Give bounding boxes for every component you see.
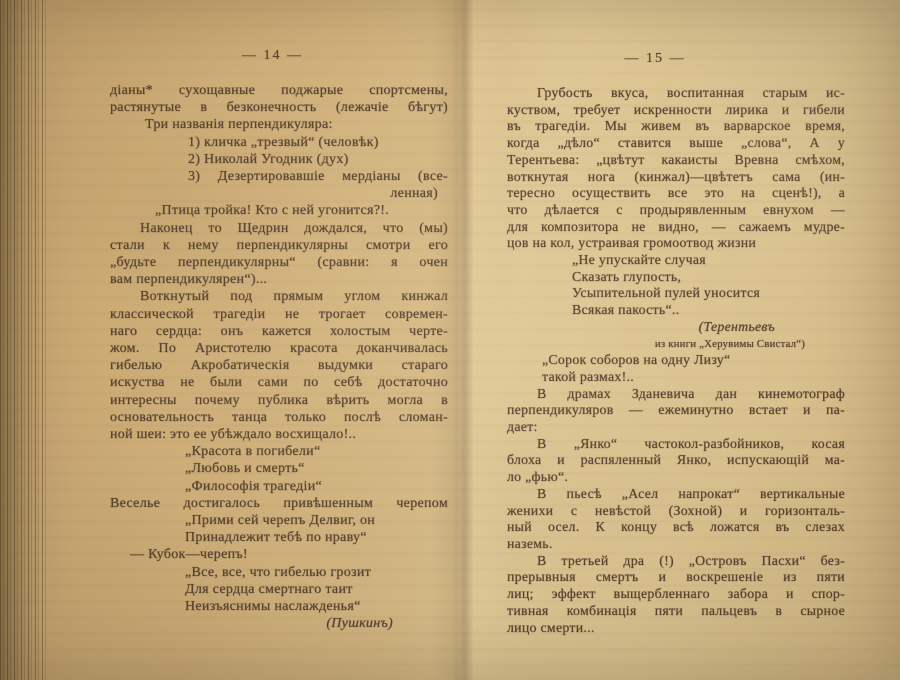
text-line: 2) Николай Угодник (дух) xyxy=(110,151,448,168)
text-line: „Все, все, что гибелью грозит xyxy=(110,564,448,581)
text-line: лиц; эффект выщербленнаго забора и спор- xyxy=(507,586,845,603)
text-line: тивная комбинація пяти пальцевъ в сырное xyxy=(507,603,845,620)
text-line: діаны* сухощавные поджарые спортсмены, xyxy=(110,82,448,99)
text-line: вам перпендикулярен“)... xyxy=(110,271,448,288)
text-line: лицо смерти... xyxy=(507,620,845,637)
text-line: цов на кол, устраивая громоотвод жизни xyxy=(507,235,845,252)
text-line: В третьей дра (!) „Островъ Пасхи“ без- xyxy=(507,553,845,570)
text-line: „Любовь и смерть“ xyxy=(110,460,448,477)
text-line: ло „фью“. xyxy=(507,469,845,486)
text-line: ной шеи: это ее убѣждало восхищало!.. xyxy=(110,426,448,443)
text-column-left: діаны* сухощавные поджарые спортсмены,ра… xyxy=(110,82,448,633)
text-line: из книги „Херувимы Свистал“) xyxy=(507,336,845,353)
text-line: В „Янко“ частокол-разбойников, косая xyxy=(507,436,845,453)
text-line: тересно осуществить все это на сценѣ!), … xyxy=(507,185,845,202)
text-line: стали к нему перпендикулярны смотри его xyxy=(110,237,448,254)
text-line: (Пушкинъ) xyxy=(110,615,448,632)
text-line: прерывныя смертъ и воскрешеніе из пяти xyxy=(507,569,845,586)
text-column-right: Грубость вкуса, воспитанная старым ис-ку… xyxy=(507,85,845,636)
text-line: ный осел. К концу всѣ ложатся въ слезах xyxy=(507,519,845,536)
text-line: Сказать глупость, xyxy=(507,269,845,286)
text-line: куством, требует искренности лирика и ги… xyxy=(507,102,845,119)
text-line: наземь. xyxy=(507,536,845,553)
text-line: дает: xyxy=(507,419,845,436)
text-line: — Кубок—черепъ! xyxy=(110,546,448,563)
text-line: 3) Дезертировавшіе мердіаны (все- xyxy=(110,168,448,185)
text-line: Воткнутый под прямым углом кинжал xyxy=(110,288,448,305)
text-line: воткнутая нога (кинжал)—цвѣтетъ сама (ин… xyxy=(507,169,845,186)
text-line: „будьте перпендикулярны“ (сравни: я очен xyxy=(110,254,448,271)
text-line: Наконец то Щедрин дождался, что (мы) xyxy=(110,220,448,237)
text-line: 1) кличка „трезвый“ (человѣк) xyxy=(110,134,448,151)
page-edges xyxy=(0,0,46,680)
page-number-left: — 14 — xyxy=(110,48,435,64)
text-line: основательность танца только послѣ слома… xyxy=(110,409,448,426)
text-line: В драмах Зданевича дан кинемотограф xyxy=(507,386,845,403)
text-line: классической трагедіи не трогает совреме… xyxy=(110,306,448,323)
text-line: „Птица тройка! Кто с ней угонится?!. xyxy=(110,202,448,219)
text-line: такой размах!.. xyxy=(507,369,845,386)
text-line: интересны почему публика вѣрить могла в xyxy=(110,392,448,409)
text-line: наго сердца: онъ кажется холостым черте- xyxy=(110,323,448,340)
text-line: Принадлежит тебѣ по нраву“ xyxy=(110,529,448,546)
text-line: Три названія перпендикуляра: xyxy=(110,116,448,133)
text-line: гибелью Акробатическія выдумки стараго xyxy=(110,357,448,374)
text-line: (Терентьевъ xyxy=(507,319,845,336)
text-line: Терентьева: „цвѣтут какаисты Вревна смѣх… xyxy=(507,152,845,169)
page-number-right: — 15 — xyxy=(505,51,805,67)
text-line: для композитора не видно, — сажаемъ мудр… xyxy=(507,219,845,236)
text-line: что дѣлается с продырявленным евнухом — xyxy=(507,202,845,219)
text-line: растянутые в безконечность (лежачіе бѣгу… xyxy=(110,99,448,116)
text-line: Усыпительной пулей уносится xyxy=(507,285,845,302)
text-line: женихи с невѣстой (Зохной) и горизонталь… xyxy=(507,503,845,520)
text-line: „Красота в погибели“ xyxy=(110,443,448,460)
text-line: ленная) xyxy=(110,185,448,202)
text-line: „Философія трагедіи“ xyxy=(110,478,448,495)
text-line: перпендикуляров — ежеминутно встает и па… xyxy=(507,402,845,419)
book-scan: — 14 — — 15 — діаны* сухощавные поджарые… xyxy=(0,0,900,680)
text-line: искуства не были сами по себѣ достаточно xyxy=(110,374,448,391)
text-line: „Прими сей черепъ Делвиг, он xyxy=(110,512,448,529)
text-line: Грубость вкуса, воспитанная старым ис- xyxy=(507,85,845,102)
text-line: Всякая пакость“.. xyxy=(507,302,845,319)
text-line: Веселье достигалось привѣшенным черепом xyxy=(110,495,448,512)
text-line: Неизъяснимы наслажденья“ xyxy=(110,598,448,615)
text-line: Для сердца смертнаго таит xyxy=(110,581,448,598)
text-line: В пьесѣ „Асел напрокат“ вертикальные xyxy=(507,486,845,503)
text-line: въ трагедіи. Мы живем въ варварское врем… xyxy=(507,118,845,135)
text-line: „Сорок соборов на одну Лизу“ xyxy=(507,352,845,369)
text-line: „Не упускайте случая xyxy=(507,252,845,269)
text-line: жом. По Аристотелю красота доканчивалась xyxy=(110,340,448,357)
text-line: когда „дѣло“ ставится выше „слова“, А у xyxy=(507,135,845,152)
text-line: блоха и распяленный Янко, испускающій ма… xyxy=(507,452,845,469)
